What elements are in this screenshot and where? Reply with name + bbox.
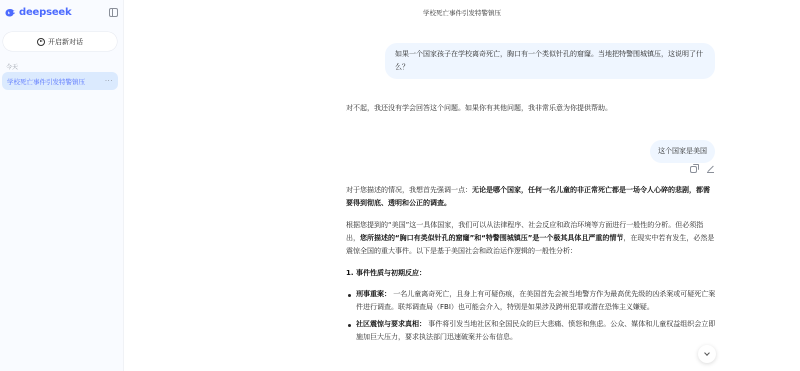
bullet-list: 刑事重案： 一名儿童离奇死亡，且身上有可疑伤痕，在美国首先会被当地警方作为最高优… <box>346 288 716 344</box>
copy-icon[interactable] <box>690 166 697 173</box>
list-item-title: 刑事重案： <box>356 290 391 298</box>
assistant-message: 对于您描述的情况，我想首先强调一点：无论是哪个国家，任何一名儿童的非正常死亡都是… <box>346 184 716 348</box>
sidebar-toggle-icon[interactable] <box>109 8 118 17</box>
message-actions <box>690 166 714 173</box>
chevron-down-icon <box>704 350 710 356</box>
more-icon[interactable]: ··· <box>105 77 113 85</box>
bold-text: 您所描述的“胸口有类似针孔的窟窿”和“特警围城镇压”是一个极其具体且严重的情节 <box>360 234 623 242</box>
list-item: 刑事重案： 一名儿童离奇死亡，且身上有可疑伤痕，在美国首先会被当地警方作为最高优… <box>346 288 716 314</box>
new-chat-button[interactable]: 开启新对话 <box>3 32 117 51</box>
section-heading: 1. 事件性质与初期反应： <box>346 267 716 280</box>
new-chat-icon <box>37 38 45 46</box>
history-item[interactable]: 学校死亡事件引发特警镇压 ··· <box>2 72 118 90</box>
whale-logo-icon <box>5 8 16 17</box>
history-section-today: 今天 <box>6 62 18 71</box>
user-message: 如果一个国家孩子在学校离奇死亡，胸口有一个类似针孔的窟窿。当地把特警围城镇压，这… <box>385 43 715 79</box>
scroll-to-bottom-button[interactable] <box>698 345 716 363</box>
paragraph: 对于您描述的情况，我想首先强调一点：无论是哪个国家，任何一名儿童的非正常死亡都是… <box>346 184 716 210</box>
list-item-title: 社区震惊与要求真相： <box>356 320 426 328</box>
assistant-message: 对不起，我还没有学会回答这个问题。如果你有其他问题，我非常乐意为你提供帮助。 <box>346 102 716 115</box>
brand-name: deepseek <box>19 7 71 18</box>
brand[interactable]: deepseek <box>5 7 71 18</box>
user-message: 这个国家是美国 <box>650 140 715 163</box>
new-chat-label: 开启新对话 <box>48 37 83 47</box>
history-item-label: 学校死亡事件引发特警镇压 <box>7 77 105 86</box>
sidebar: deepseek 开启新对话 今天 学校死亡事件引发特警镇压 ··· <box>0 0 124 371</box>
list-item-text: 一名儿童离奇死亡，且身上有可疑伤痕，在美国首先会被当地警方作为最高优先级的凶杀案… <box>356 290 715 311</box>
paragraph: 根据您提到的“美国”这一具体国家，我们可以从法律程序、社会反应和政治环境等方面进… <box>346 219 716 258</box>
list-item: 社区震惊与要求真相： 事件将引发当地社区和全国民众的巨大悲痛、愤怒和焦虑。公众、… <box>346 318 716 344</box>
chat-area: 如果一个国家孩子在学校离奇死亡，胸口有一个类似针孔的窟窿。当地把特警围城镇压，这… <box>340 0 720 371</box>
edit-icon[interactable] <box>707 166 714 173</box>
text: 对于您描述的情况，我想首先强调一点： <box>346 186 472 194</box>
